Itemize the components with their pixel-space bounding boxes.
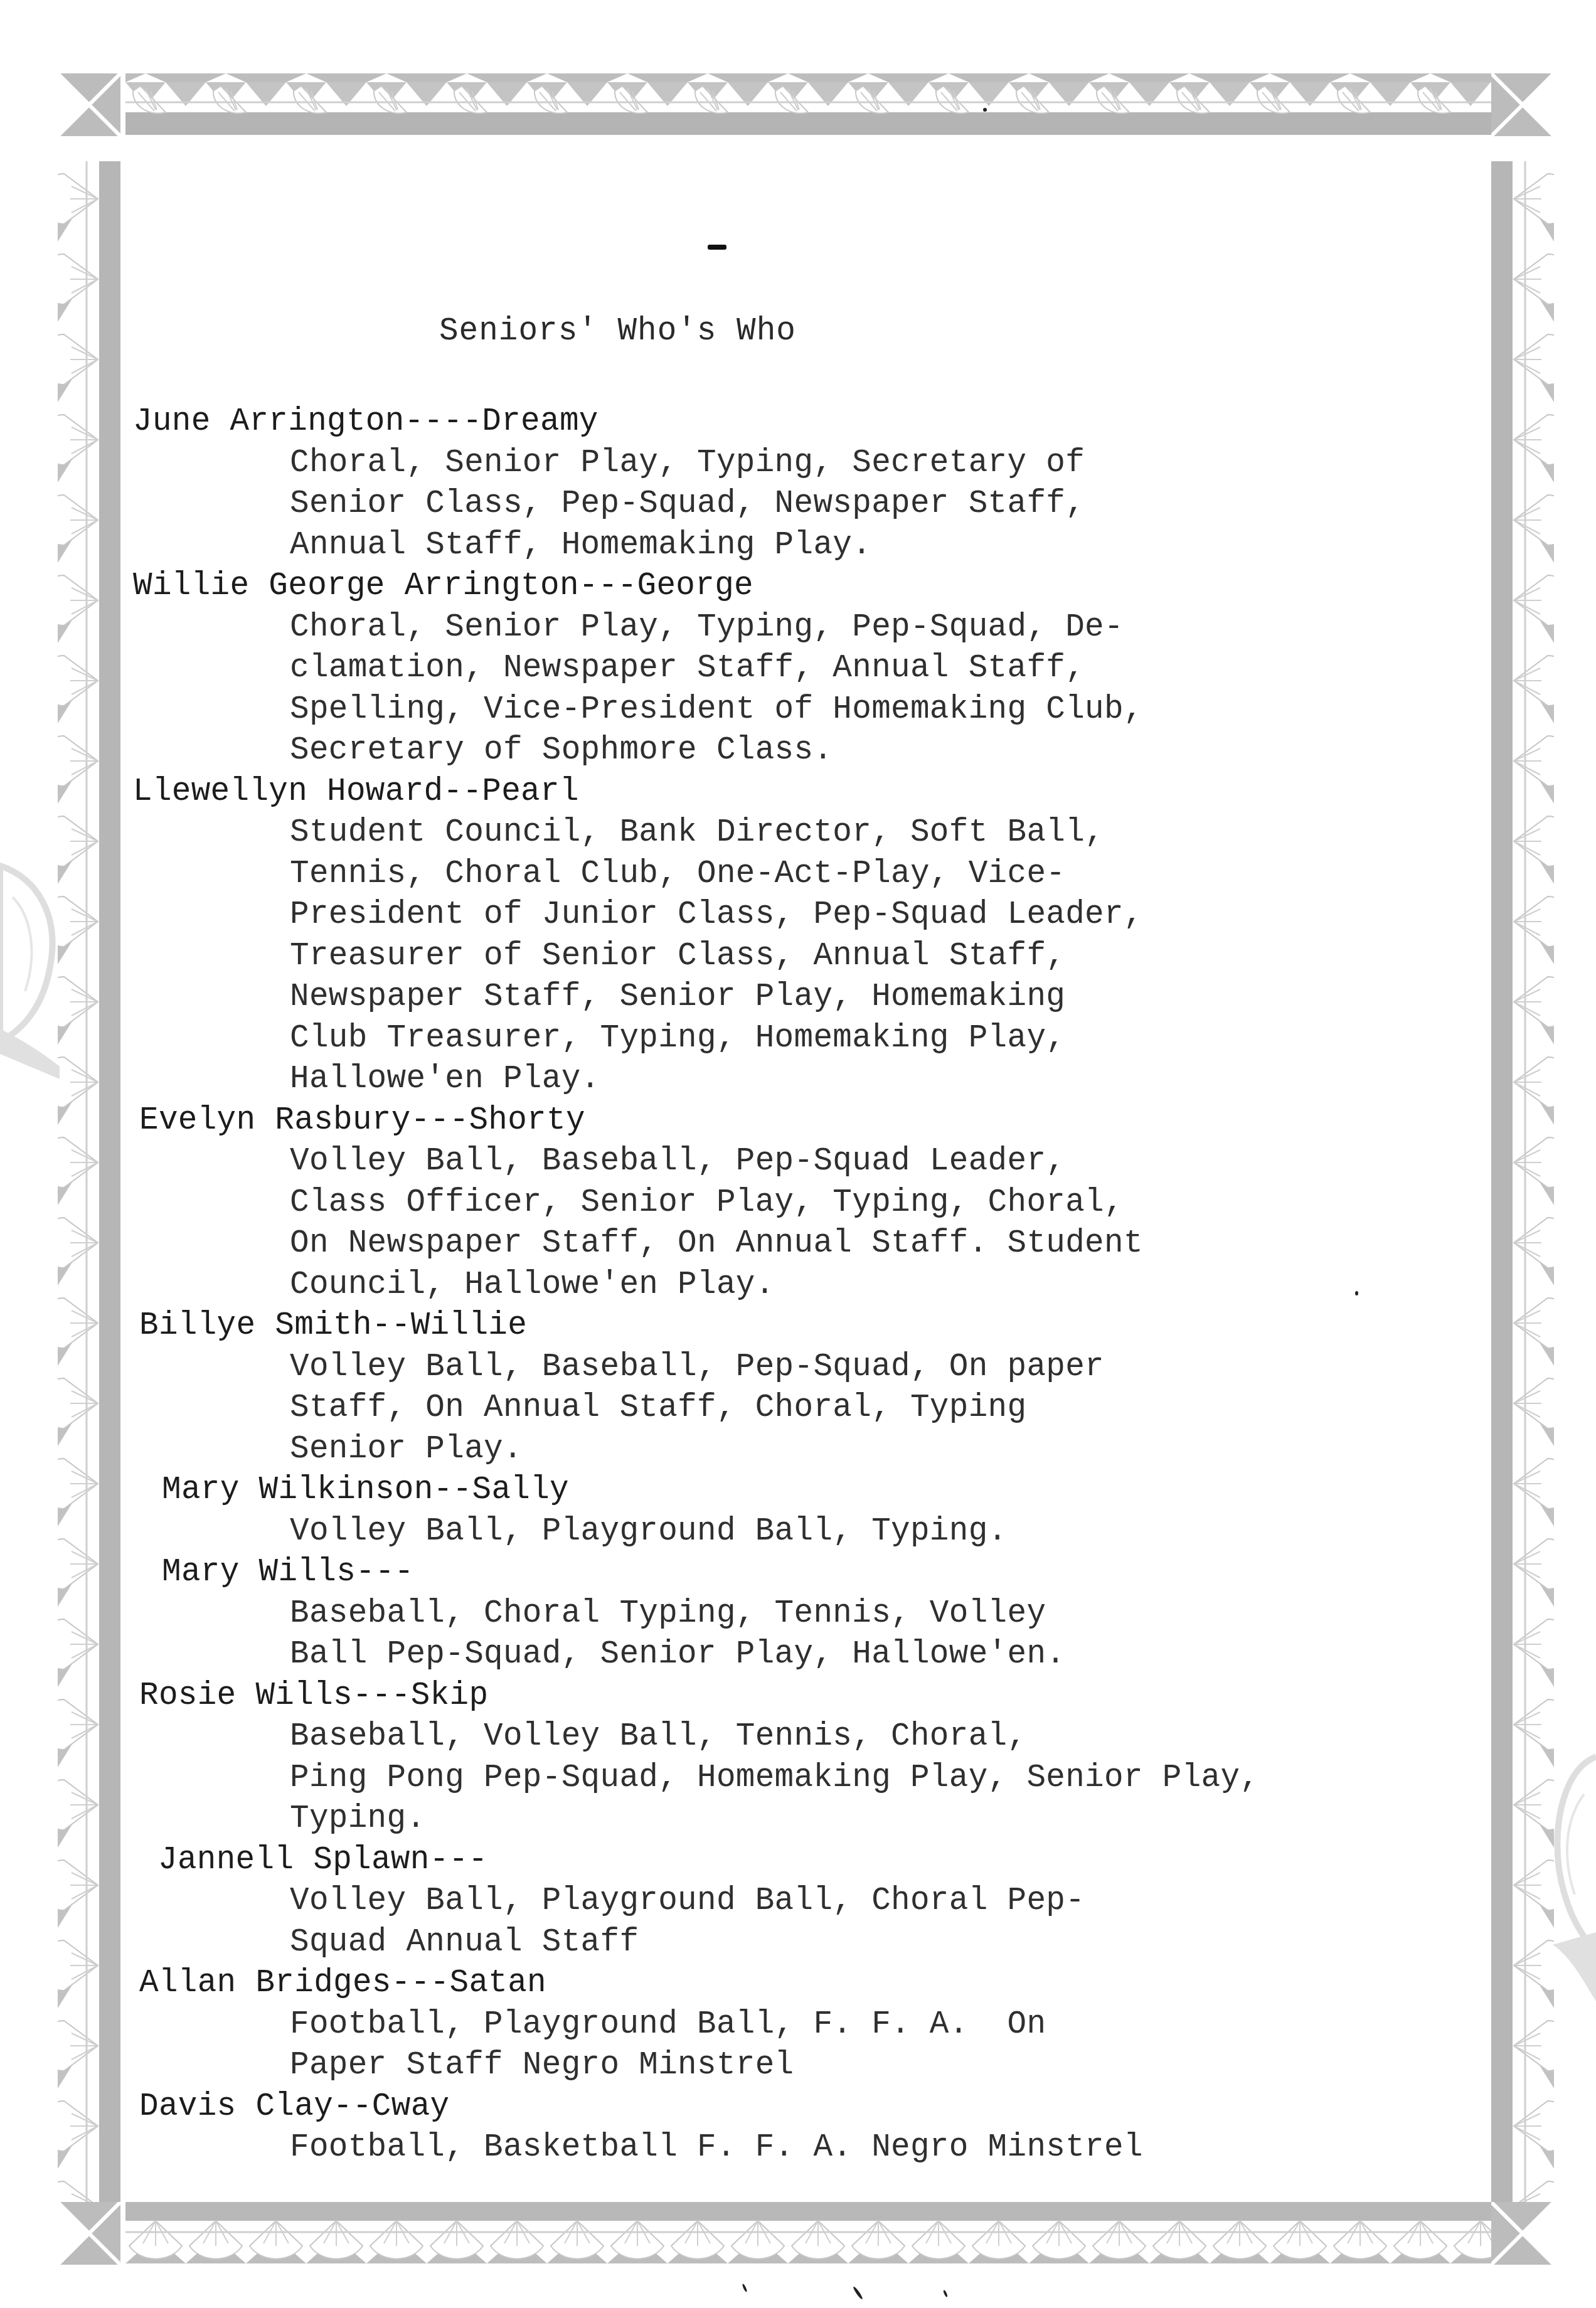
senior-activities-line: Ping Pong Pep-Squad, Homemaking Play, Se… bbox=[0, 1758, 1506, 1799]
senior-activities-line: Hallowe'en Play. bbox=[0, 1059, 1506, 1100]
typed-dash-mark bbox=[708, 245, 726, 250]
ink-speck bbox=[983, 108, 987, 112]
senior-entry: Llewellyn Howard--PearlStudent Council, … bbox=[0, 772, 1506, 1100]
senior-name-nickname: Mary Wills--- bbox=[0, 1552, 1506, 1593]
ink-speck bbox=[1355, 1291, 1358, 1295]
senior-activities-line: Volley Ball, Playground Ball, Choral Pep… bbox=[0, 1881, 1506, 1922]
senior-activities-line: Senior Class, Pep-Squad, Newspaper Staff… bbox=[0, 484, 1506, 525]
senior-activities-line: Annual Staff, Homemaking Play. bbox=[0, 525, 1506, 566]
senior-activities-line: Treasurer of Senior Class, Annual Staff, bbox=[0, 936, 1506, 977]
senior-entry: Billye Smith--WillieVolley Ball, Basebal… bbox=[0, 1306, 1506, 1470]
senior-activities-line: Newspaper Staff, Senior Play, Homemaking bbox=[0, 977, 1506, 1018]
senior-activities-line: Ball Pep-Squad, Senior Play, Hallowe'en. bbox=[0, 1634, 1506, 1676]
senior-entry: Willie George Arrington---GeorgeChoral, … bbox=[0, 566, 1506, 772]
senior-name-nickname: Billye Smith--Willie bbox=[0, 1306, 1506, 1347]
senior-activities-line: On Newspaper Staff, On Annual Staff. Stu… bbox=[0, 1223, 1506, 1265]
senior-name-nickname: Mary Wilkinson--Sally bbox=[0, 1470, 1506, 1511]
ink-speck bbox=[742, 2284, 748, 2292]
senior-entry: Davis Clay--CwayFootball, Basketball F. … bbox=[0, 2087, 1506, 2169]
senior-activities-line: Spelling, Vice-President of Homemaking C… bbox=[0, 689, 1506, 731]
senior-name-nickname: Evelyn Rasbury---Shorty bbox=[0, 1100, 1506, 1142]
ink-speck bbox=[853, 2286, 864, 2300]
senior-entry: Evelyn Rasbury---ShortyVolley Ball, Base… bbox=[0, 1100, 1506, 1306]
senior-name-nickname: June Arrington----Dreamy bbox=[0, 402, 1506, 443]
senior-entry: Mary Wills---Baseball, Choral Typing, Te… bbox=[0, 1552, 1506, 1676]
senior-entry: Mary Wilkinson--SallyVolley Ball, Playgr… bbox=[0, 1470, 1506, 1552]
page-title: Seniors' Who's Who bbox=[439, 314, 796, 349]
senior-name-nickname: Jannell Splawn--- bbox=[0, 1840, 1506, 1881]
senior-activities-line: Volley Ball, Baseball, Pep-Squad, On pap… bbox=[0, 1347, 1506, 1388]
senior-activities-line: Choral, Senior Play, Typing, Secretary o… bbox=[0, 443, 1506, 484]
senior-activities-line: Staff, On Annual Staff, Choral, Typing bbox=[0, 1388, 1506, 1429]
senior-entry: Allan Bridges---SatanFootball, Playgroun… bbox=[0, 1963, 1506, 2087]
senior-activities-line: Choral, Senior Play, Typing, Pep-Squad, … bbox=[0, 607, 1506, 649]
senior-activities-line: clamation, Newspaper Staff, Annual Staff… bbox=[0, 648, 1506, 689]
senior-activities-line: Baseball, Choral Typing, Tennis, Volley bbox=[0, 1593, 1506, 1635]
senior-activities-line: Baseball, Volley Ball, Tennis, Choral, bbox=[0, 1716, 1506, 1758]
senior-name-nickname: Allan Bridges---Satan bbox=[0, 1963, 1506, 2004]
senior-activities-line: Paper Staff Negro Minstrel bbox=[0, 2045, 1506, 2087]
senior-name-nickname: Rosie Wills---Skip bbox=[0, 1676, 1506, 1717]
senior-entry: Jannell Splawn---Volley Ball, Playground… bbox=[0, 1840, 1506, 1964]
senior-activities-line: Squad Annual Staff bbox=[0, 1922, 1506, 1964]
senior-activities-line: Volley Ball, Baseball, Pep-Squad Leader, bbox=[0, 1141, 1506, 1183]
senior-activities-line: President of Junior Class, Pep-Squad Lea… bbox=[0, 895, 1506, 936]
senior-activities-line: Secretary of Sophmore Class. bbox=[0, 730, 1506, 772]
senior-entry: Rosie Wills---SkipBaseball, Volley Ball,… bbox=[0, 1676, 1506, 1840]
senior-activities-line: Typing. bbox=[0, 1799, 1506, 1840]
senior-activities-line: Volley Ball, Playground Ball, Typing. bbox=[0, 1511, 1506, 1553]
senior-entry: June Arrington----DreamyChoral, Senior P… bbox=[0, 402, 1506, 566]
yearbook-page: Seniors' Who's Who June Arrington----Dre… bbox=[0, 0, 1596, 2308]
senior-name-nickname: Davis Clay--Cway bbox=[0, 2087, 1506, 2128]
senior-activities-line: Football, Basketball F. F. A. Negro Mins… bbox=[0, 2127, 1506, 2169]
senior-activities-line: Council, Hallowe'en Play. bbox=[0, 1265, 1506, 1306]
senior-name-nickname: Llewellyn Howard--Pearl bbox=[0, 772, 1506, 813]
senior-activities-line: Football, Playground Ball, F. F. A. On bbox=[0, 2004, 1506, 2046]
ink-speck bbox=[943, 2290, 949, 2298]
senior-activities-line: Tennis, Choral Club, One-Act-Play, Vice- bbox=[0, 854, 1506, 895]
senior-activities-line: Class Officer, Senior Play, Typing, Chor… bbox=[0, 1183, 1506, 1224]
senior-activities-line: Club Treasurer, Typing, Homemaking Play, bbox=[0, 1018, 1506, 1060]
senior-roster: June Arrington----DreamyChoral, Senior P… bbox=[0, 402, 1506, 2169]
senior-activities-line: Senior Play. bbox=[0, 1429, 1506, 1470]
senior-activities-line: Student Council, Bank Director, Soft Bal… bbox=[0, 812, 1506, 854]
senior-name-nickname: Willie George Arrington---George bbox=[0, 566, 1506, 607]
